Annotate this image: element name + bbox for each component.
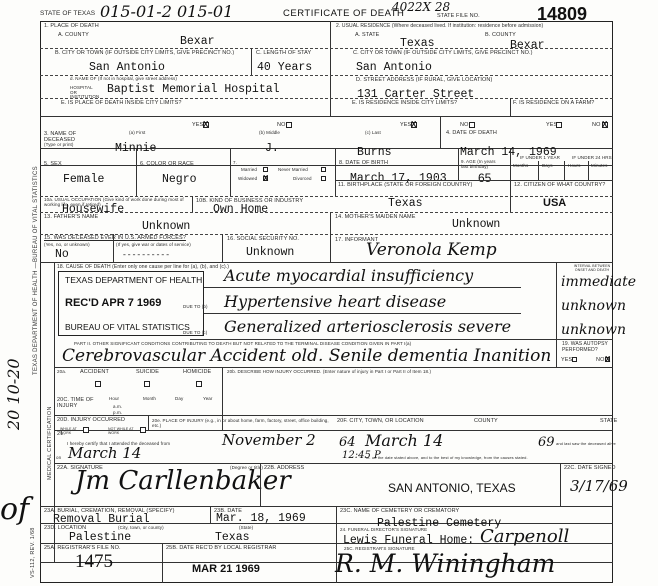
residence-farm-yes-checkbox[interactable] [556,122,562,128]
accident-checkbox[interactable] [95,381,101,387]
cause-line-b: Hypertensive heart disease [224,294,446,310]
injury-occurred-label: 20d. INJURY OCCURRED [57,418,125,424]
attended-to: March 14 [365,433,443,449]
last-name-label: (c) Last [365,131,381,136]
hospital-label-2: HOSPITAL OR INSTITUTION [70,86,100,100]
mothers-name-label: 14. MOTHER'S MAIDEN NAME [335,215,415,221]
sex-label: 5. SEX [44,162,62,168]
cemetery-label: 23c. NAME OF CEMETERY OR CREMATORY [340,509,459,515]
day-label: Day [175,397,183,402]
funeral-director-label: 24. FUNERAL DIRECTOR'S SIGNATURE [340,528,427,533]
armed-forces-note: (Yes, no, or unknown) [44,243,90,248]
homicide-checkbox[interactable] [196,381,202,387]
mothers-name-value: Unknown [452,219,500,231]
citizen-value: USA [543,198,566,209]
location-state-label: (State) [239,526,253,531]
autopsy-yes-label: YES [561,358,572,364]
birthplace-value: Texas [388,198,423,210]
location-city-label: (City, town, or county) [118,526,164,531]
attended-to-year: 69 [538,436,555,449]
suicide-checkbox[interactable] [144,381,150,387]
residence-inside-city-label: e. IS RESIDENCE INSIDE CITY LIMITS? [352,101,457,107]
hour-label: Hour [109,397,119,402]
not-while-at-work-label: NOT WHILE AT WORK [108,428,136,435]
date-of-birth-label: 8. DATE OF BIRTH [339,161,388,167]
physician-signature: Jm Carllenbaker [75,468,291,494]
under-1-year-label: IF UNDER 1 YEAR [520,156,560,161]
length-of-stay-label: c. LENGTH OF STAY [256,51,311,57]
marital-option-divorced: Divorced [293,177,312,182]
last-name-value: Burns [357,147,392,159]
residence-farm-no-label: NO [592,123,600,129]
birthplace-label: 11. BIRTHPLACE (State or foreign country… [338,183,472,189]
hospital-value: Baptist Memorial Hospital [107,84,280,96]
social-security-value: Unknown [246,247,294,259]
margin-signature-fragment: of [0,495,29,525]
never-married-checkbox[interactable] [321,167,326,172]
cause-of-death-label: 18. CAUSE OF DEATH (Enter only one cause… [57,265,229,270]
department-side-label: TEXAS DEPARTMENT OF HEALTH —BUREAU OF VI… [33,166,39,375]
death-inside-city-no-label: NO [277,123,285,129]
stamp-line-2: REC'D APR 7 1969 [65,298,161,309]
stamp-line-3: BUREAU OF VITAL STATISTICS [65,323,190,332]
armed-forces-value: No [55,249,69,261]
date-signed-label: 22c. DATE SIGNED [564,466,616,472]
month-label: Month [143,397,156,402]
registrar-file-value: 1475 [75,552,113,571]
marital-option-widowed: Widowed [238,177,257,182]
injury-location-label: 20f. CITY, TOWN, OR LOCATION [337,419,424,425]
margin-note: 20 10-20 [6,358,22,430]
not-while-at-work-checkbox[interactable] [140,427,146,433]
interval-c: unknown [561,323,626,337]
middle-name-value: J. [265,143,279,155]
while-at-work-checkbox[interactable] [83,427,89,433]
residence-label: 2. USUAL RESIDENCE (Where deceased lived… [336,24,543,29]
injury-county-label: COUNTY [474,419,498,425]
autopsy-label: 19. WAS AUTOPSY PERFORMED? [562,342,610,353]
divorced-checkbox[interactable] [321,176,326,181]
place-of-injury-label: 20e. PLACE OF INJURY (e.g., in or about … [152,418,332,429]
injury-describe-label: 20b. DESCRIBE HOW INJURY OCCURRED. (Ente… [227,370,431,375]
date-of-death-label: 4. DATE OF DEATH [446,131,497,137]
death-county-label: a. COUNTY [58,33,89,39]
death-inside-city-no-checkbox[interactable] [286,122,292,128]
date-signed-value: 3/17/69 [570,479,628,494]
registrar-date-label: 25b. DATE REC'D BY LOCAL REGISTRAR [166,546,276,552]
residence-state-value: Texas [400,38,435,50]
handwritten-code: 015-01-2 015-01 [100,4,233,20]
age-value: 65 [478,172,491,184]
burial-type-value: Removal Burial [53,514,150,526]
interval-label: INTERVAL BETWEEN ONSET AND DEATH [572,265,612,272]
armed-forces-label: 15. WAS DECEASED EVER IN U.S. ARMED FORC… [44,236,186,242]
months-label: Months [513,164,528,169]
cause-line-a: Acute myocardial insufficiency [224,268,473,284]
residence-city-label: c. CITY OR TOWN (If outside city limits,… [353,51,533,57]
death-city-value: San Antonio [89,62,165,74]
minutes-label: Minutes [591,164,607,169]
form-number-side-label: VS-112, REV. 1/68 [30,527,36,578]
address-value: SAN ANTONIO, TEXAS [388,482,516,494]
part-2-value: Cerebrovascular Accident old. Senile dem… [62,348,551,365]
business-value: Own Home [213,204,268,216]
on-label: on [56,456,61,461]
am-label: a.m. [113,405,122,410]
state-file-no-label: STATE FILE NO. [437,14,480,20]
due-to-c-label: DUE TO (c) [183,331,207,336]
residence-county-label: b. COUNTY [485,33,516,39]
residence-inside-city-yes-label: YES [400,123,411,129]
armed-forces-dates: ---------- [122,252,170,260]
death-county-value: Bexar [180,36,215,48]
cause-line-c: Generalized arteriosclerosis severe [224,319,511,335]
married-checkbox[interactable] [263,167,268,172]
registrar-signature: R. M. Winingham [335,551,555,576]
accident-label: ACCIDENT [80,370,109,376]
location-state-value: Texas [215,532,250,544]
suicide-label: SUICIDE [136,370,159,376]
residence-inside-city-no-label: NO [460,123,468,129]
pm-label: p.m. [113,411,122,416]
residence-farm-label: f. IS RESIDENCE ON A FARM? [513,101,594,107]
widowed-checkbox[interactable] [263,176,268,181]
time-of-injury-label: 20c. TIME OF INJURY [57,397,95,409]
death-city-label: b. CITY OR TOWN (If outside city limits,… [55,51,234,57]
residence-street-value: 131 Carter Street [357,89,474,101]
autopsy-yes-checkbox[interactable] [572,357,577,362]
injury-20a-label: 20a. [57,370,66,375]
attended-from-year: 64 [339,436,356,449]
registrar-date-value: MAR 21 1969 [192,564,260,575]
death-inside-city-yes-label: YES [192,123,203,129]
race-value: Negro [162,174,197,186]
burial-date-value: Mar. 18, 1969 [216,513,306,525]
marital-option-married: Married [241,168,257,173]
location-city-value: Palestine [69,532,131,544]
funeral-director-signature: Carpenoll [480,528,569,546]
autopsy-no-checkbox[interactable] [605,357,610,362]
interval-a: immediate [561,275,636,289]
sex-value: Female [63,174,104,186]
residence-city-value: San Antonio [356,62,432,74]
certification-label: 21. [57,432,65,438]
handwritten-ref: 4022X 28 [392,1,450,13]
residence-street-label: d. STREET ADDRESS (If rural, give locati… [356,78,492,84]
social-security-label: 16. SOCIAL SECURITY NO. [227,237,299,243]
death-inside-city-label: e. IS PLACE OF DEATH INSIDE CITY LIMITS? [61,101,182,107]
first-name-label: (a) First [129,131,145,136]
last-seen-date: March 14 [68,446,141,461]
marital-label: 7. [233,161,237,166]
middle-name-label: (b) Middle [259,131,280,136]
place-of-death-label: 1. PLACE OF DEATH [44,24,99,30]
hours-label: Hours [568,164,581,169]
residence-state-label: a. STATE [355,33,379,39]
under-24-hours-label: IF UNDER 24 HRS. [572,156,613,161]
funeral-director-value: Lewis Funeral Home: [343,535,474,547]
stamp-line-1: TEXAS DEPARTMENT OF HEALTH [65,276,202,285]
race-label: 6. COLOR OR RACE [140,162,194,168]
residence-farm-no-checkbox[interactable] [602,122,608,128]
due-to-b-label: DUE TO (b) [183,305,208,310]
citizen-label: 12. CITIZEN OF WHAT COUNTRY? [514,183,605,189]
injury-state-label: STATE [600,419,617,425]
interval-b: unknown [561,299,626,313]
year-label: Year [203,397,213,402]
certification-text-2: and last saw the deceased alive [556,442,616,446]
fathers-name-label: 13. FATHER'S NAME [44,215,98,221]
fathers-name-value: Unknown [142,221,190,233]
armed-forces-dates-note: (If yes, give war or dates of service) [116,243,191,248]
age-label: 9. AGE (In years last birthday) [461,160,499,170]
degree-label: (Degree or title) [230,466,263,471]
certification-text-3: m. on the date stated above, and to the … [366,456,528,460]
name-type-note: (Type or print) [44,143,74,148]
marital-option-never-married: Never Married [278,168,308,173]
autopsy-no-label: NO [596,358,604,364]
residence-inside-city-yes-checkbox[interactable] [411,122,417,128]
certificate-title: CERTIFICATE OF DEATH [283,9,404,19]
length-of-stay-value: 40 Years [257,62,312,74]
residence-inside-city-no-checkbox[interactable] [469,122,475,128]
address-label: 22b. ADDRESS [264,466,304,472]
attended-from: November 2 [222,433,316,448]
days-label: Days [542,164,553,169]
state-of-texas-label: STATE OF TEXAS [40,11,95,18]
hospital-label-1: d. NAME OF (If not in hospital, give str… [70,77,177,82]
informant-signature: Veronola Kemp [366,242,497,259]
homicide-label: HOMICIDE [183,370,211,376]
death-inside-city-yes-checkbox[interactable] [203,122,209,128]
